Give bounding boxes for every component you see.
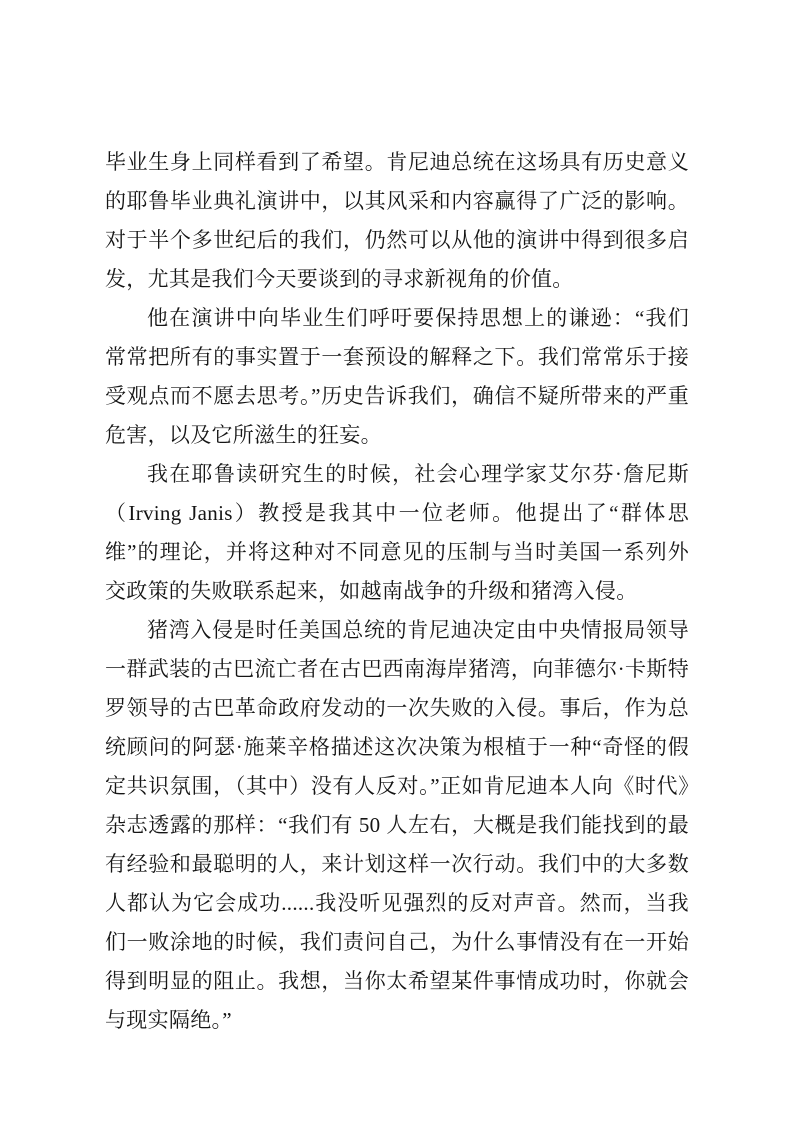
paragraph-humility-quote: 他在演讲中向毕业生们呼吁要保持思想上的谦逊：“我们常常把所有的事实置于一套预设的… — [105, 299, 689, 455]
paragraph-bay-of-pigs: 猪湾入侵是时任美国总统的肯尼迪决定由中央情报局领导一群武装的古巴流亡者在古巴西南… — [105, 611, 689, 1040]
document-viewer: { "document": { "type": "text-page", "ba… — [0, 0, 793, 1122]
paragraph-irving-janis: 我在耶鲁读研究生的时候，社会心理学家艾尔芬·詹尼斯（Irving Janis）教… — [105, 455, 689, 611]
document-page: 毕业生身上同样看到了希望。肯尼迪总统在这场具有历史意义的耶鲁毕业典礼演讲中，以其… — [0, 0, 793, 1122]
body-text: 毕业生身上同样看到了希望。肯尼迪总统在这场具有历史意义的耶鲁毕业典礼演讲中，以其… — [105, 143, 689, 1040]
paragraph-continuation: 毕业生身上同样看到了希望。肯尼迪总统在这场具有历史意义的耶鲁毕业典礼演讲中，以其… — [105, 143, 689, 299]
